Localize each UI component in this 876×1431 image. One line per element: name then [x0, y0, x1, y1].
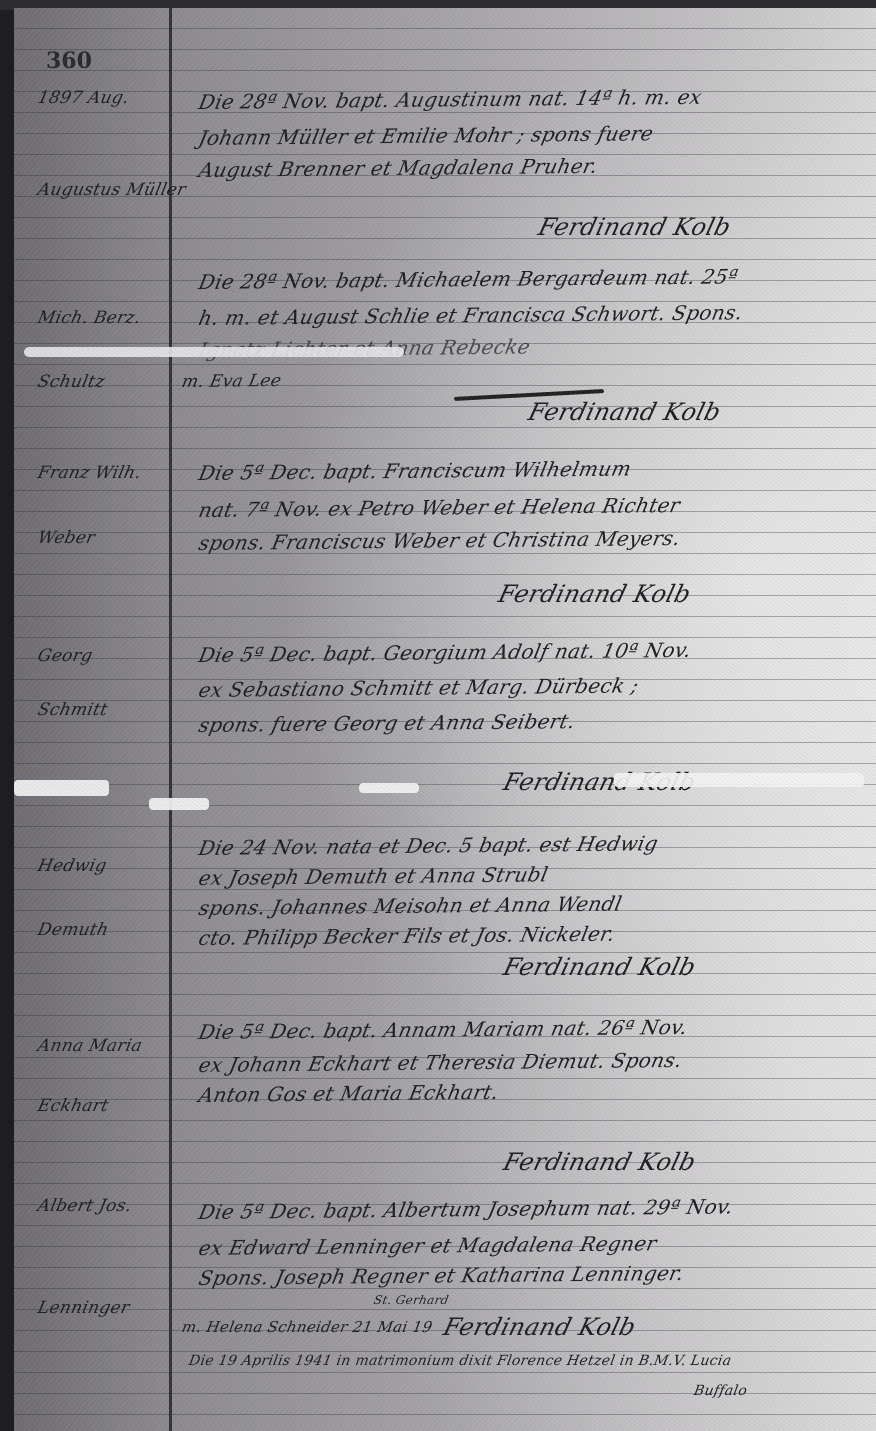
priest-signature: Ferdinand Kolb	[441, 1313, 639, 1341]
annotation-marriage: m. Helena Schneider 21 Mai 19	[180, 1318, 434, 1336]
page-number: 360	[46, 48, 92, 74]
paper-tear	[149, 798, 209, 810]
priest-signature: Ferdinand Kolb	[501, 953, 699, 981]
entry-line: cto. Philipp Becker Fils et Jos. Nickele…	[197, 922, 618, 950]
entry-line: Die 5ª Dec. bapt. Albertum Josephum nat.…	[197, 1194, 736, 1224]
margin-name: Albert Jos.	[36, 1196, 134, 1216]
annotation-city: Buffalo	[693, 1383, 749, 1399]
margin-name: Anna Maria	[36, 1036, 144, 1056]
entry-line: Johann Müller et Emilie Mohr ; spons fue…	[197, 121, 656, 150]
paper-tear	[14, 780, 109, 796]
margin-name: Demuth	[36, 920, 111, 940]
margin-name: Schultz	[36, 372, 107, 392]
scan-border-left	[0, 0, 14, 1431]
entry-line: Die 5ª Dec. bapt. Franciscum Wilhelmum	[197, 456, 634, 485]
margin-name: Hedwig	[36, 856, 109, 876]
entry-line: m. Eva Lee	[180, 371, 283, 392]
margin-name: Mich. Berz.	[36, 308, 143, 328]
annotation-later-marriage: Die 19 Aprilis 1941 in matrimonium dixit…	[188, 1353, 733, 1369]
entry-line: Die 5ª Dec. bapt. Annam Mariam nat. 26ª …	[197, 1015, 690, 1044]
entry-line: ex Sebastiano Schmitt et Marg. Dürbeck ;	[197, 673, 641, 702]
entry-line: nat. 7ª Nov. ex Petro Weber et Helena Ri…	[197, 493, 683, 522]
entry-line: Die 28ª Nov. bapt. Augustinum nat. 14ª h…	[197, 85, 704, 114]
margin-name: Eckhart	[36, 1096, 111, 1116]
priest-signature: Ferdinand Kolb	[536, 213, 734, 241]
entry-line: spons. Johannes Meisohn et Anna Wendl	[197, 892, 625, 920]
entry-line: ex Edward Lenninger et Magdalena Regner	[197, 1231, 659, 1260]
entry-line: Spons. Joseph Regner et Katharina Lennin…	[197, 1261, 687, 1290]
correction-whiteout	[24, 347, 404, 357]
margin-date: 1897 Aug.	[36, 88, 131, 108]
priest-signature: Ferdinand Kolb	[496, 580, 694, 608]
entry-line: spons. Franciscus Weber et Christina Mey…	[197, 526, 683, 555]
entry-line: ex Joseph Demuth et Anna Strubl	[197, 862, 551, 890]
margin-name: Franz Wilh.	[36, 463, 143, 483]
margin-name: Lenninger	[36, 1298, 132, 1318]
margin-name: Schmitt	[36, 700, 110, 720]
entry-line: spons. fuere Georg et Anna Seibert.	[197, 709, 578, 737]
entry-line: August Brenner et Magdalena Pruher.	[197, 154, 600, 182]
entry-line: Die 24 Nov. nata et Dec. 5 bapt. est Hed…	[197, 831, 661, 860]
priest-signature: Ferdinand Kolb	[526, 398, 724, 426]
margin-name: Augustus Müller	[36, 180, 188, 200]
margin-name: Georg	[36, 646, 95, 666]
paper-tear	[614, 773, 864, 787]
entry-line: ex Johann Eckhart et Theresia Diemut. Sp…	[197, 1048, 685, 1077]
priest-signature: Ferdinand Kolb	[501, 1148, 699, 1176]
entry-line: h. m. et August Schlie et Francisca Schw…	[197, 300, 745, 330]
entry-line: Die 5ª Dec. bapt. Georgium Adolf nat. 10…	[197, 638, 694, 667]
register-page: 360 1897 Aug. Augustus Müller Die 28ª No…	[14, 8, 876, 1431]
margin-name: Weber	[36, 528, 97, 548]
paper-tear	[359, 783, 419, 793]
column-divider	[169, 8, 172, 1431]
entry-line: Anton Gos et Maria Eckhart.	[197, 1080, 501, 1107]
entry-line: Die 28ª Nov. bapt. Michaelem Bergardeum …	[197, 264, 741, 294]
annotation-parish: St. Gerhard	[373, 1293, 450, 1307]
